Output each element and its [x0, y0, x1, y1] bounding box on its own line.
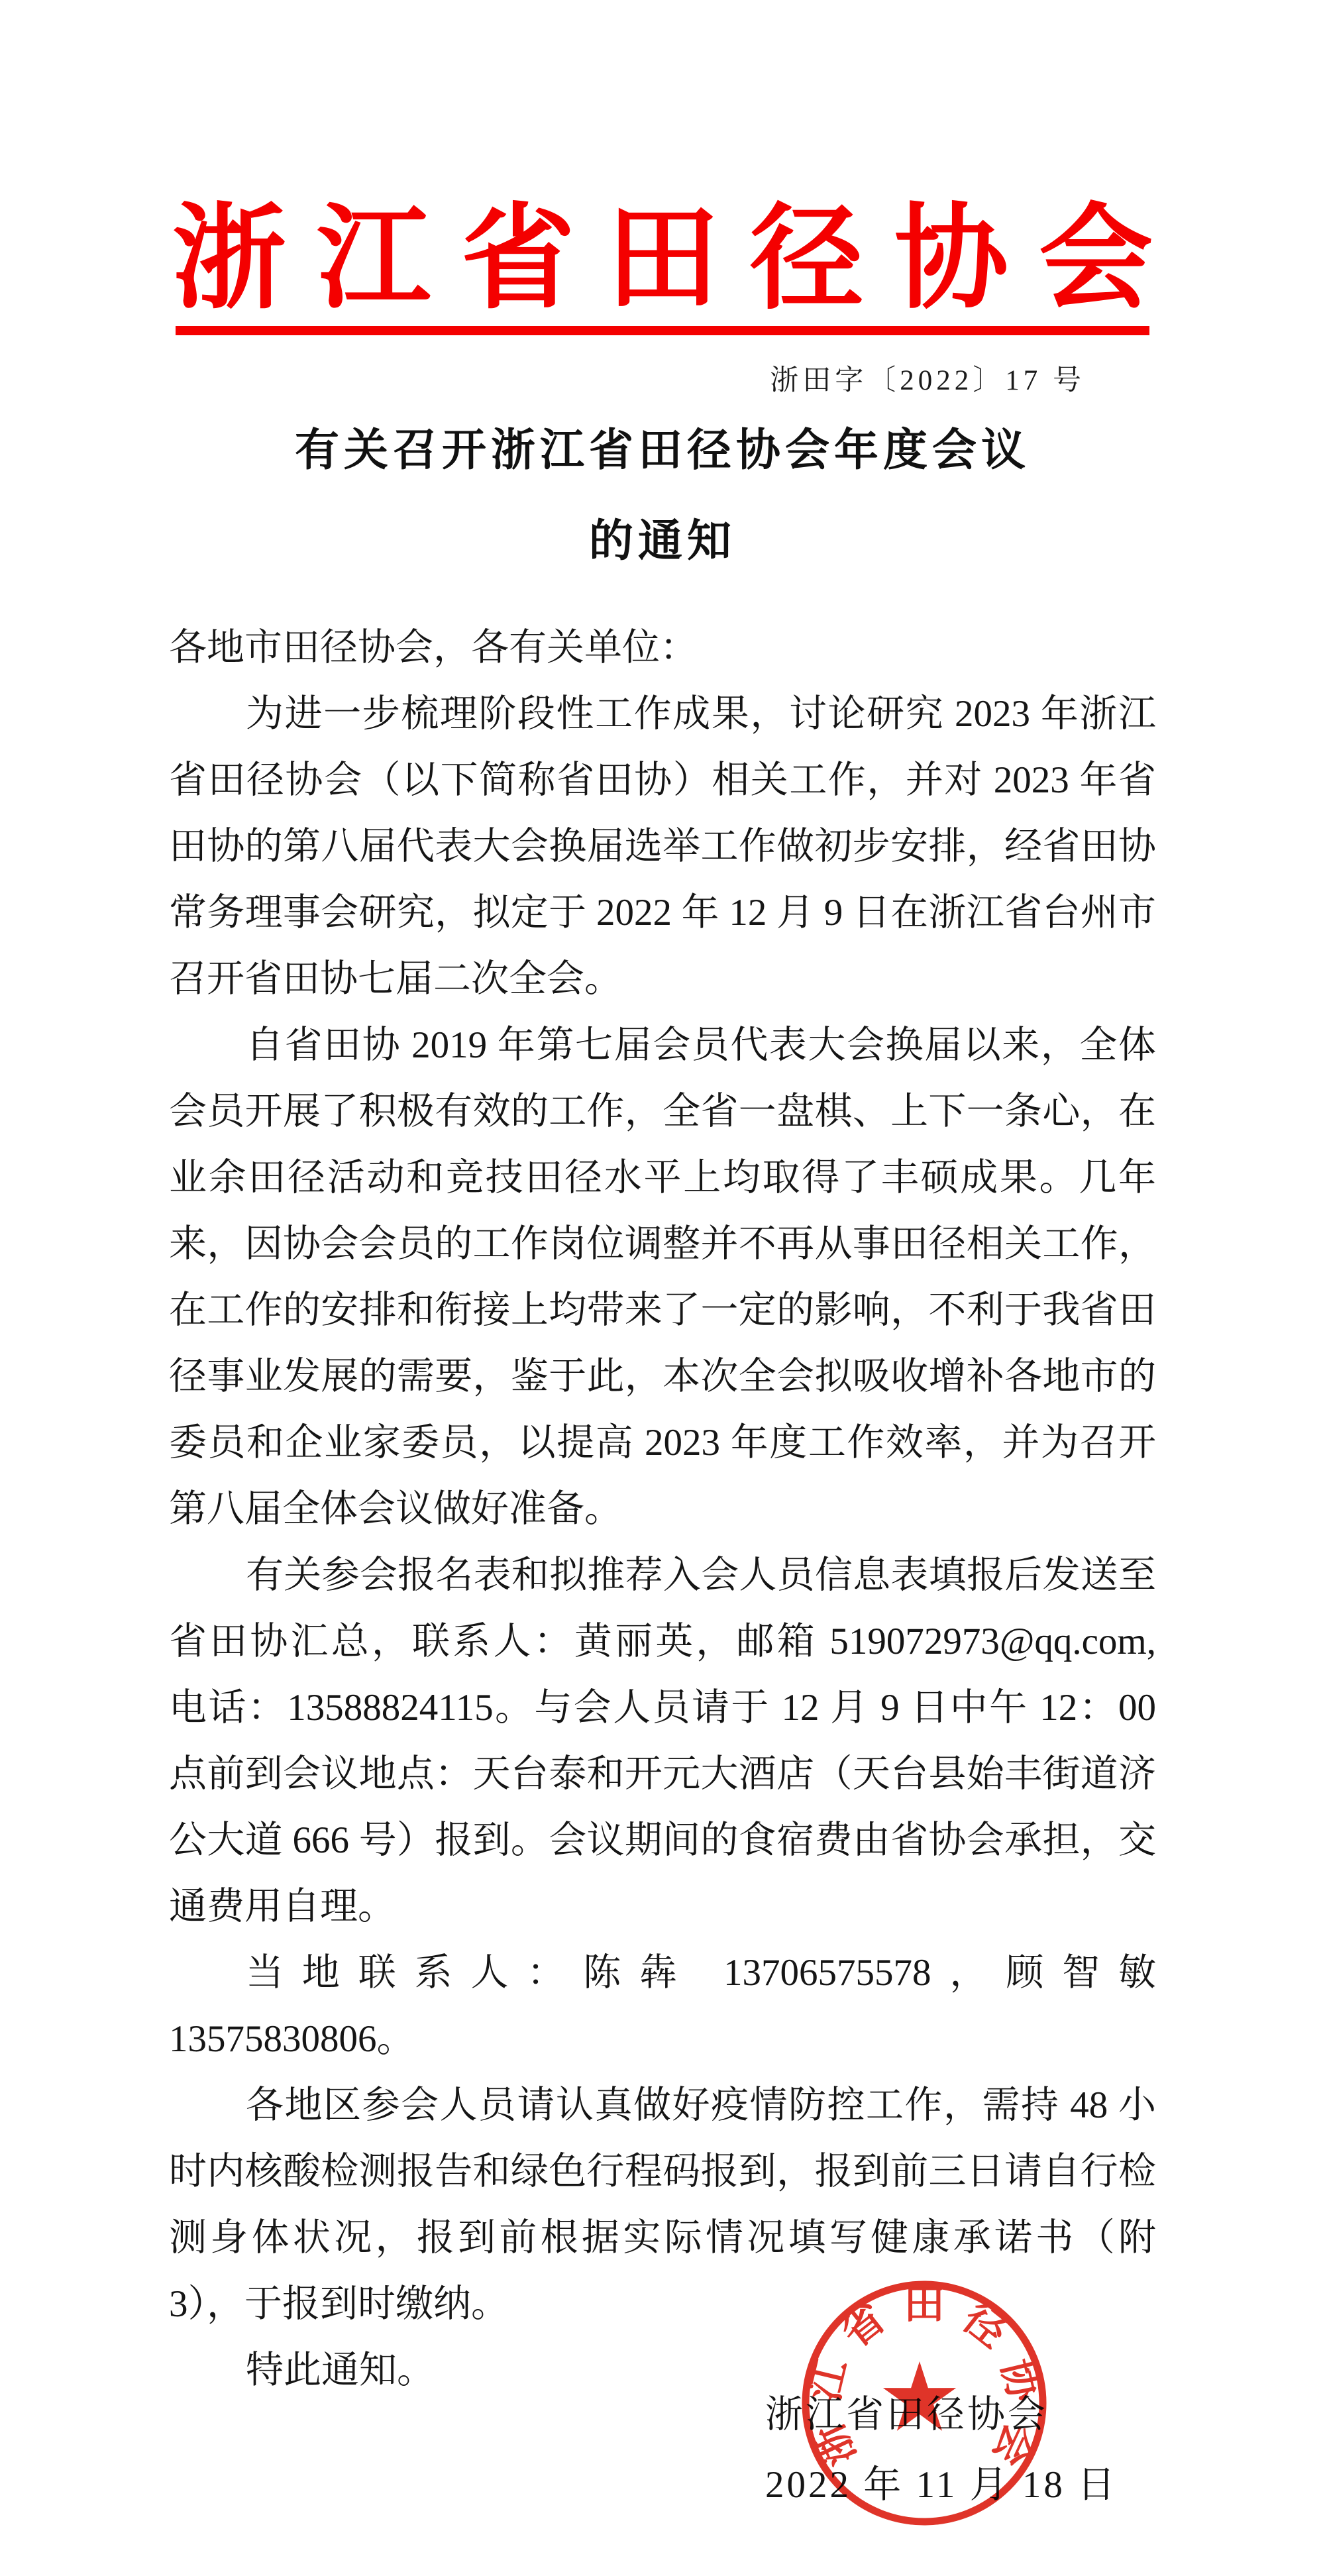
official-red-stamp: 浙 江 省 田 径 协 会 [798, 2277, 1050, 2529]
stamp-char-3: 省 [833, 2295, 893, 2357]
body-paragraph-3: 有关参会报名表和拟推荐入会人员信息表填报后发送至省田协汇总，联系人：黄丽英，邮箱… [169, 1542, 1156, 1940]
stamp-char-5: 径 [955, 2295, 1015, 2357]
stamp-char-6: 协 [993, 2355, 1047, 2406]
document-title-line2: 的通知 [0, 496, 1325, 587]
body-paragraph-1: 为进一步梳理阶段性工作成果，讨论研究 2023 年浙江省田径协会（以下简称省田协… [169, 681, 1156, 1012]
body-paragraph-2: 自省田协 2019 年第七届会员代表大会换届以来，全体会员开展了积极有效的工作，… [169, 1012, 1156, 1542]
stamp-char-1: 浙 [806, 2416, 865, 2473]
stamp-char-4: 田 [904, 2282, 945, 2328]
body-paragraph-4: 当地联系人：陈犇 13706575578，顾智敏 13575830806。 [169, 1940, 1156, 2072]
document-title: 有关召开浙江省田径协会年度会议 的通知 [0, 405, 1325, 587]
stamp-char-2: 江 [802, 2355, 856, 2405]
org-name-header: 浙江省田径协会 [0, 167, 1325, 331]
stamp-char-7: 会 [984, 2416, 1043, 2473]
document-body: 各地市田径协会，各有关单位： 为进一步梳理阶段性工作成果，讨论研究 2023 年… [169, 615, 1156, 2404]
stamp-star [883, 2361, 956, 2431]
document-title-line1: 有关召开浙江省田径协会年度会议 [0, 405, 1325, 496]
salutation-line: 各地市田径协会，各有关单位： [169, 615, 1156, 681]
official-notice-page: 浙江省田径协会 浙田字〔2022〕17 号 有关召开浙江省田径协会年度会议 的通… [0, 0, 1325, 2576]
document-number: 浙田字〔2022〕17 号 [770, 358, 1085, 398]
red-divider-line [176, 326, 1149, 335]
